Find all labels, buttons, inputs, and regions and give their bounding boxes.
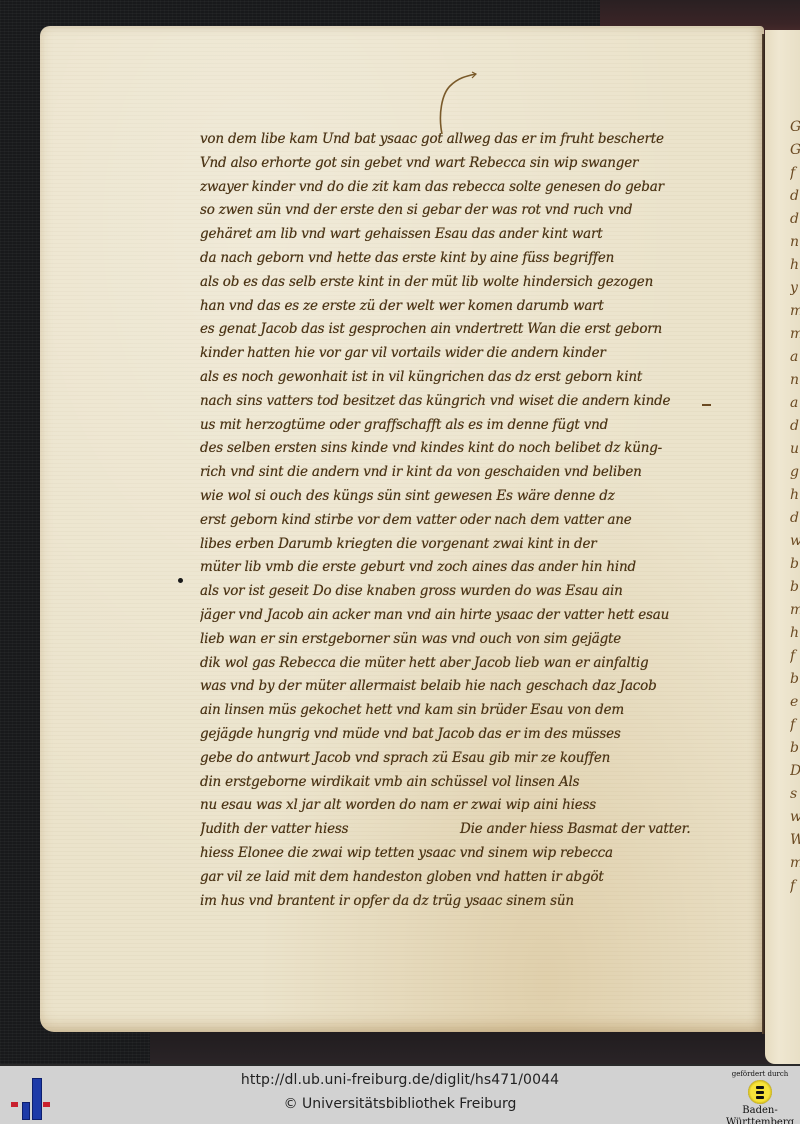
line-left-part: Judith der vatter hiess [200,821,348,837]
facing-page-letter: e [790,695,800,709]
facing-page-letter: W [790,833,800,847]
facing-page-letter: b [790,672,800,686]
manuscript-line: wie wol si ouch des küngs sün sint gewes… [200,485,712,509]
facing-page-letter: u [790,442,800,456]
facing-page-letter: m [790,327,800,341]
manuscript-line: als ob es das selb erste kint in der müt… [200,271,712,295]
facing-page-letter: a [790,350,800,364]
facing-page-letter: D [790,764,800,778]
manuscript-line: gejägde hungrig vnd müde vnd bat Jacob d… [200,723,712,747]
baden-wuerttemberg-crest-icon [748,1080,772,1104]
funder-name: Baden-Württemberg [720,1105,800,1124]
manuscript-line: so zwen sün vnd der erste den si gebar d… [200,199,712,223]
manuscript-line: es genat Jacob das ist gesprochen ain vn… [200,318,712,342]
line-right-part: Die ander hiess Basmat der vatter. [460,818,691,842]
facing-page-letter: d [790,511,800,525]
manuscript-line: nu esau was xl jar alt worden do nam er … [200,794,712,818]
facing-page-letter: G [790,143,800,157]
manuscript-line: nach sins vatters tod besitzet das küngr… [200,390,712,414]
manuscript-line: hiess Elonee die zwai wip tetten ysaac v… [200,842,712,866]
funding-label: gefördert durch [720,1070,800,1078]
permalink-url[interactable]: http://dl.ub.uni-freiburg.de/diglit/hs47… [0,1072,800,1088]
facing-page-letter: d [790,212,800,226]
facing-page-letter: s [790,787,800,801]
manuscript-line: gehäret am lib vnd wart gehaissen Esau d… [200,223,712,247]
manuscript-line: Judith der vatter hiessDie ander hiess B… [200,818,712,842]
manuscript-line: als vor ist geseit Do dise knaben gross … [200,580,712,604]
facing-page-letter: w [790,810,800,824]
manuscript-line: da nach geborn vnd hette das erste kint … [200,247,712,271]
facing-page-letter: b [790,580,800,594]
facing-page-letter: G [790,120,800,134]
manuscript-line: kinder hatten hie vor gar vil vortails w… [200,342,712,366]
facing-page-letter: y [790,281,800,295]
facing-page-letter: d [790,419,800,433]
manuscript-line: lieb wan er sin erstgeborner sün was vnd… [200,628,712,652]
viewer-footer: http://dl.ub.uni-freiburg.de/diglit/hs47… [0,1064,800,1124]
funding-badge[interactable]: gefördert durch Baden-Württemberg [720,1070,800,1124]
facing-page-letter: f [790,649,800,663]
line-hyphen-mark [702,404,711,406]
book-binding-bottom [150,1030,800,1064]
facing-page-letter: h [790,258,800,272]
manuscript-line: des selben ersten sins kinde vnd kindes … [200,437,712,461]
facing-page-letter: m [790,856,800,870]
facing-page-letter: b [790,557,800,571]
margin-mark [178,578,183,583]
manuscript-line: han vnd das es ze erste zü der welt wer … [200,295,712,319]
manuscript-line: Vnd also erhorte got sin gebet vnd wart … [200,152,712,176]
facing-page-letter: n [790,235,800,249]
manuscript-line: dik wol gas Rebecca die müter hett aber … [200,652,712,676]
manuscript-line: din erstgeborne wirdikait vmb ain schüss… [200,771,712,795]
manuscript-line: zwayer kinder vnd do die zit kam das reb… [200,176,712,200]
scan-background: GGfddnhymmanadughdwbbmhfbefbDswWmf von d… [0,0,800,1064]
manuscript-line: ain linsen müs gekochet hett vnd kam sin… [200,699,712,723]
facing-page-letter: f [790,166,800,180]
facing-page-letter: b [790,741,800,755]
facing-page-letter: h [790,488,800,502]
facing-page-letter: f [790,879,800,893]
facing-page-letter: m [790,603,800,617]
copyright-notice: © Universitätsbibliothek Freiburg [0,1096,800,1112]
manuscript-line: müter lib vmb die erste geburt vnd zoch … [200,556,712,580]
facing-page-letter: f [790,718,800,732]
manuscript-line: libes erben Darumb kriegten die vorgenan… [200,533,712,557]
manuscript-line: erst geborn kind stirbe vor dem vatter o… [200,509,712,533]
manuscript-line: gar vil ze laid mit dem handeston globen… [200,866,712,890]
manuscript-line: von dem libe kam Und bat ysaac got allwe… [200,128,712,152]
manuscript-line: rich vnd sint die andern vnd ir kint da … [200,461,712,485]
manuscript-line: was vnd by der müter allermaist belaib h… [200,675,712,699]
facing-page-letter: d [790,189,800,203]
facing-page-letter: g [790,465,800,479]
facing-page-letter: a [790,396,800,410]
manuscript-line: us mit herzogtüme oder graffschafft als … [200,414,712,438]
manuscript-text: von dem libe kam Und bat ysaac got allwe… [200,128,712,913]
facing-page-letter: h [790,626,800,640]
facing-page-letter: w [790,534,800,548]
manuscript-line: als es noch gewonhait ist in vil küngric… [200,366,712,390]
page-gutter [762,34,765,1034]
facing-page-letter: n [790,373,800,387]
manuscript-line: im hus vnd brantent ir opfer da dz trüg … [200,890,712,914]
catchword-flourish-icon [428,64,478,134]
manuscript-line: jäger vnd Jacob ain acker man vnd ain hi… [200,604,712,628]
manuscript-line: gebe do antwurt Jacob vnd sprach zü Esau… [200,747,712,771]
facing-page-letter: m [790,304,800,318]
